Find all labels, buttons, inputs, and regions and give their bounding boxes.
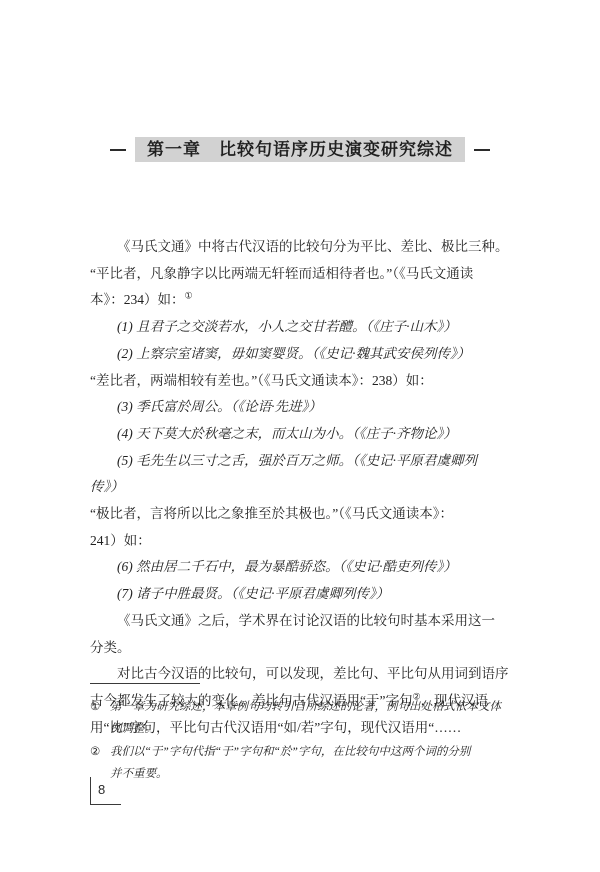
body-line: 《马氏文通》之后，学术界在讨论汉语的比较句时基本采用这一: [90, 608, 510, 635]
body-line: “极比者，言将所以比之象推至於其极也。”（《马氏文通读本》：: [90, 501, 510, 528]
body-line: (2) 上察宗室诸窦，毋如窦婴贤。（《史记·魏其武安侯列传》）: [90, 341, 510, 368]
body-line: (7) 诸子中胜最贤。（《史记·平原君虞卿列传》）: [90, 581, 510, 608]
body-line: (6) 然由居二千石中，最为暴酷骄恣。（《史记·酷吏列传》）: [90, 554, 510, 581]
body-line: (4) 天下莫大於秋毫之末，而太山为小。（《庄子·齐物论》）: [90, 421, 510, 448]
body-line: (5) 毛先生以三寸之舌，强於百万之师。（《史记·平原君虞卿列: [90, 448, 510, 475]
footnote-reference: ①: [185, 291, 193, 301]
footnote-text: 第一章为研究综述，本章例句均转引自所综述的论著，例句出处格式依本文体例调整。: [110, 696, 514, 741]
corner-mark-vertical: [90, 777, 91, 804]
body-text: 《马氏文通》中将古代汉语的比较句分为平比、差比、极比三种。“平比者，凡象静字以比…: [90, 234, 510, 741]
body-line: 传》）: [90, 474, 510, 501]
title-dash-left-icon: [110, 149, 126, 151]
body-line: 241）如：: [90, 528, 510, 555]
footnote-marker: ①: [90, 696, 110, 741]
book-page: 第一章 比较句语序历史演变研究综述 《马氏文通》中将古代汉语的比较句分为平比、差…: [0, 0, 600, 872]
body-line: “差比者，两端相较有差也。”（《马氏文通读本》：238）如：: [90, 368, 510, 395]
body-line: 本》：234）如：①: [90, 287, 510, 314]
body-line: “平比者，凡象静字以比两端无轩轾而适相待者也。”（《马氏文通读: [90, 261, 510, 288]
footnote-text: 我们以“于”字句代指“于”字句和“於”字句，在比较句中这两个词的分别并不重要。: [110, 741, 514, 786]
footnote-line: 并不重要。: [110, 763, 514, 785]
corner-mark-horizontal: [90, 804, 121, 805]
footnote-separator: [90, 683, 200, 684]
footnote-line: 例调整。: [110, 718, 514, 740]
footnote-line: 第一章为研究综述，本章例句均转引自所综述的论著，例句出处格式依本文体: [110, 696, 514, 718]
chapter-header: 第一章 比较句语序历史演变研究综述: [0, 137, 600, 162]
footnote-marker: ②: [90, 741, 110, 786]
title-dash-right-icon: [474, 149, 490, 151]
footnote-item: ②我们以“于”字句代指“于”字句和“於”字句，在比较句中这两个词的分别并不重要。: [90, 741, 514, 786]
chapter-title: 第一章 比较句语序历史演变研究综述: [135, 137, 465, 162]
body-line: 分类。: [90, 635, 510, 662]
footnote-line: 我们以“于”字句代指“于”字句和“於”字句，在比较句中这两个词的分别: [110, 741, 514, 763]
body-line: (1) 且君子之交淡若水，小人之交甘若醴。（《庄子·山木》）: [90, 314, 510, 341]
footnotes: ①第一章为研究综述，本章例句均转引自所综述的论著，例句出处格式依本文体例调整。②…: [90, 696, 514, 786]
body-line: 《马氏文通》中将古代汉语的比较句分为平比、差比、极比三种。: [90, 234, 510, 261]
page-number: 8: [98, 781, 105, 799]
body-line: (3) 季氏富於周公。（《论语·先进》）: [90, 394, 510, 421]
footnote-item: ①第一章为研究综述，本章例句均转引自所综述的论著，例句出处格式依本文体例调整。: [90, 696, 514, 741]
